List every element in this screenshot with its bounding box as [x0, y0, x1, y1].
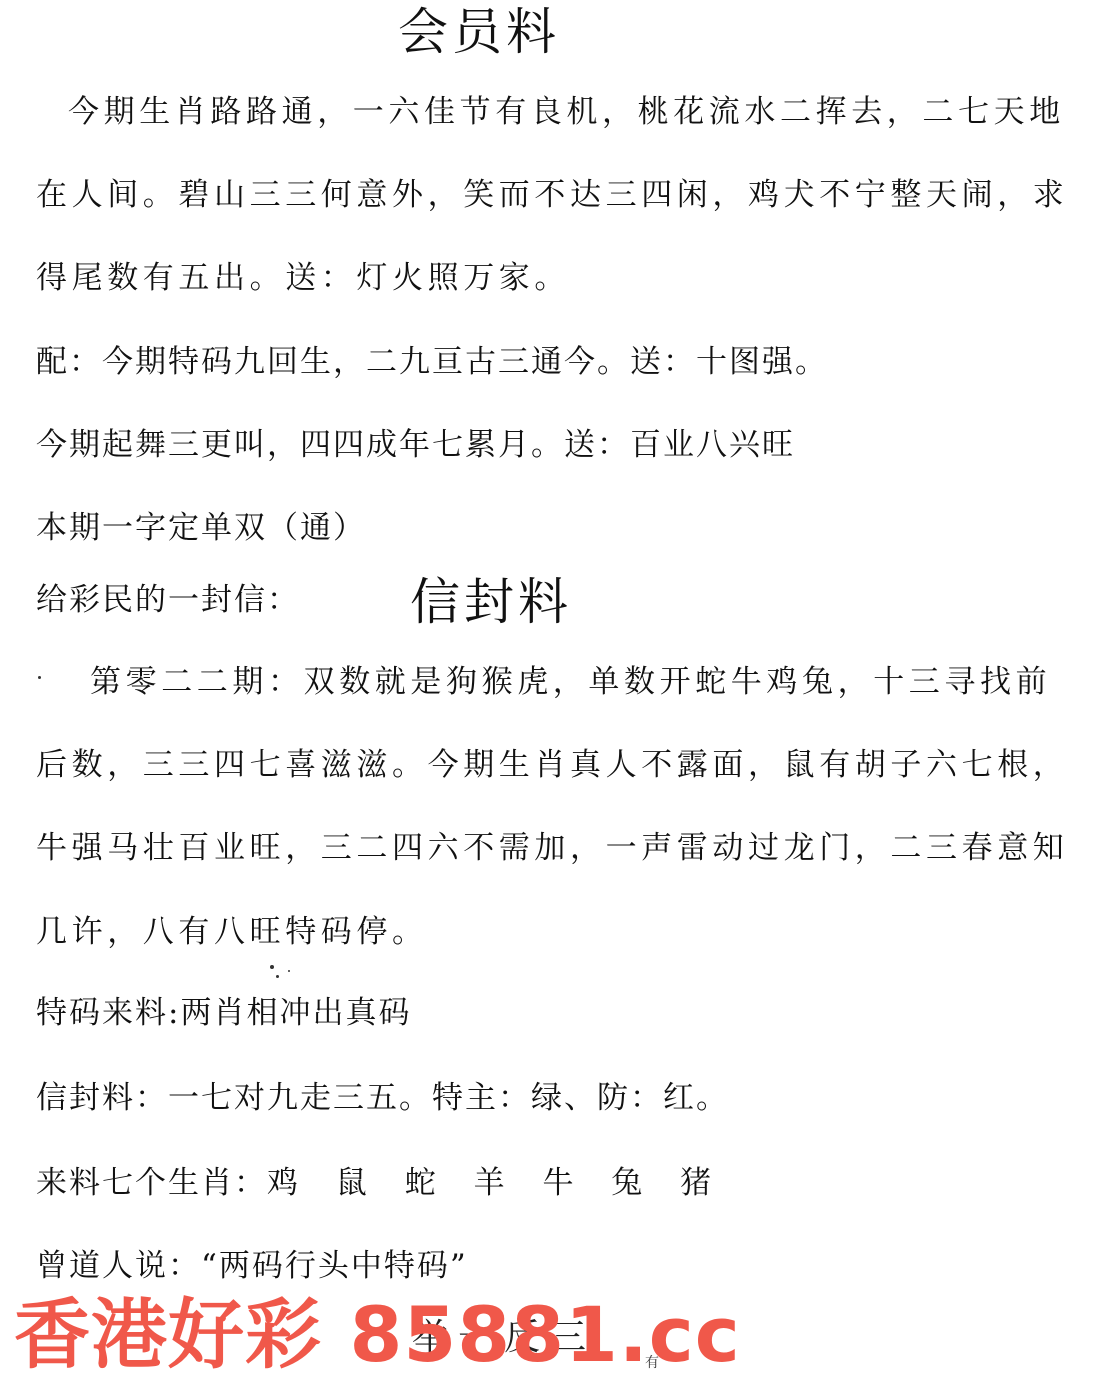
- paragraph2-line1: 第零二二期：双数就是狗猴虎，单数开蛇牛鸡兔，十三寻找前: [90, 662, 1051, 702]
- site-watermark: 香港好彩 85881.cc: [14, 1290, 741, 1380]
- paragraph1-line2: 在人间。碧山三三何意外，笑而不达三四闲，鸡犬不宁整天闹，求: [36, 175, 1068, 215]
- paragraph1-line1: 今期生肖路路通，一六佳节有良机，桃花流水二挥去，二七天地: [68, 92, 1065, 132]
- xinfeng-line: 信封料：一七对九走三五。特主：绿、防：红。: [36, 1078, 729, 1118]
- paragraph2-line4: 几许，八有八旺特码停。: [36, 912, 428, 952]
- zodiac-item: 兔: [611, 1165, 656, 1201]
- member-title: 会员料: [398, 2, 560, 62]
- tema-laoliao-line: 特码来料:两肖相冲出真码: [36, 993, 411, 1033]
- scan-speck: [288, 970, 290, 972]
- scan-speck: [270, 965, 274, 969]
- pei-line: 配：今期特码九回生，二九亘古三通今。送：十图强。: [36, 342, 828, 382]
- scan-speck: [276, 975, 279, 978]
- envelope-title: 信封料: [410, 572, 572, 632]
- paragraph2-line2: 后数，三三四七喜滋滋。今期生肖真人不露面，鼠有胡子六七根，: [36, 745, 1068, 785]
- zodiac-item: 猪: [680, 1165, 725, 1201]
- zodiac-item: 羊: [474, 1165, 519, 1201]
- letter-label: 给彩民的一封信：: [36, 580, 300, 620]
- zodiac-list: 鸡 鼠 蛇 羊 牛 兔 猪: [267, 1165, 725, 1201]
- scan-speck: [38, 676, 41, 679]
- paragraph2-line3: 牛强马壮百业旺，三二四六不需加，一声雷动过龙门，二三春意知: [36, 828, 1068, 868]
- seven-zodiac-label: 来料七个生肖：: [36, 1165, 267, 1201]
- danshuang-line: 本期一字定单双（通）: [36, 508, 366, 548]
- zodiac-item: 牛: [542, 1165, 587, 1201]
- paragraph1-line3: 得尾数有五出。送：灯火照万家。: [36, 258, 570, 298]
- zengdao-line: 曾道人说：“两码行头中特码”: [36, 1246, 468, 1286]
- zodiac-item: 鼠: [336, 1165, 381, 1201]
- seven-zodiac-line: 来料七个生肖：鸡 鼠 蛇 羊 牛 兔 猪: [36, 1163, 725, 1203]
- zodiac-item: 蛇: [405, 1165, 450, 1201]
- qiwu-line: 今期起舞三更叫，四四成年七累月。送：百业八兴旺: [36, 425, 795, 465]
- zodiac-item: 鸡: [267, 1165, 312, 1201]
